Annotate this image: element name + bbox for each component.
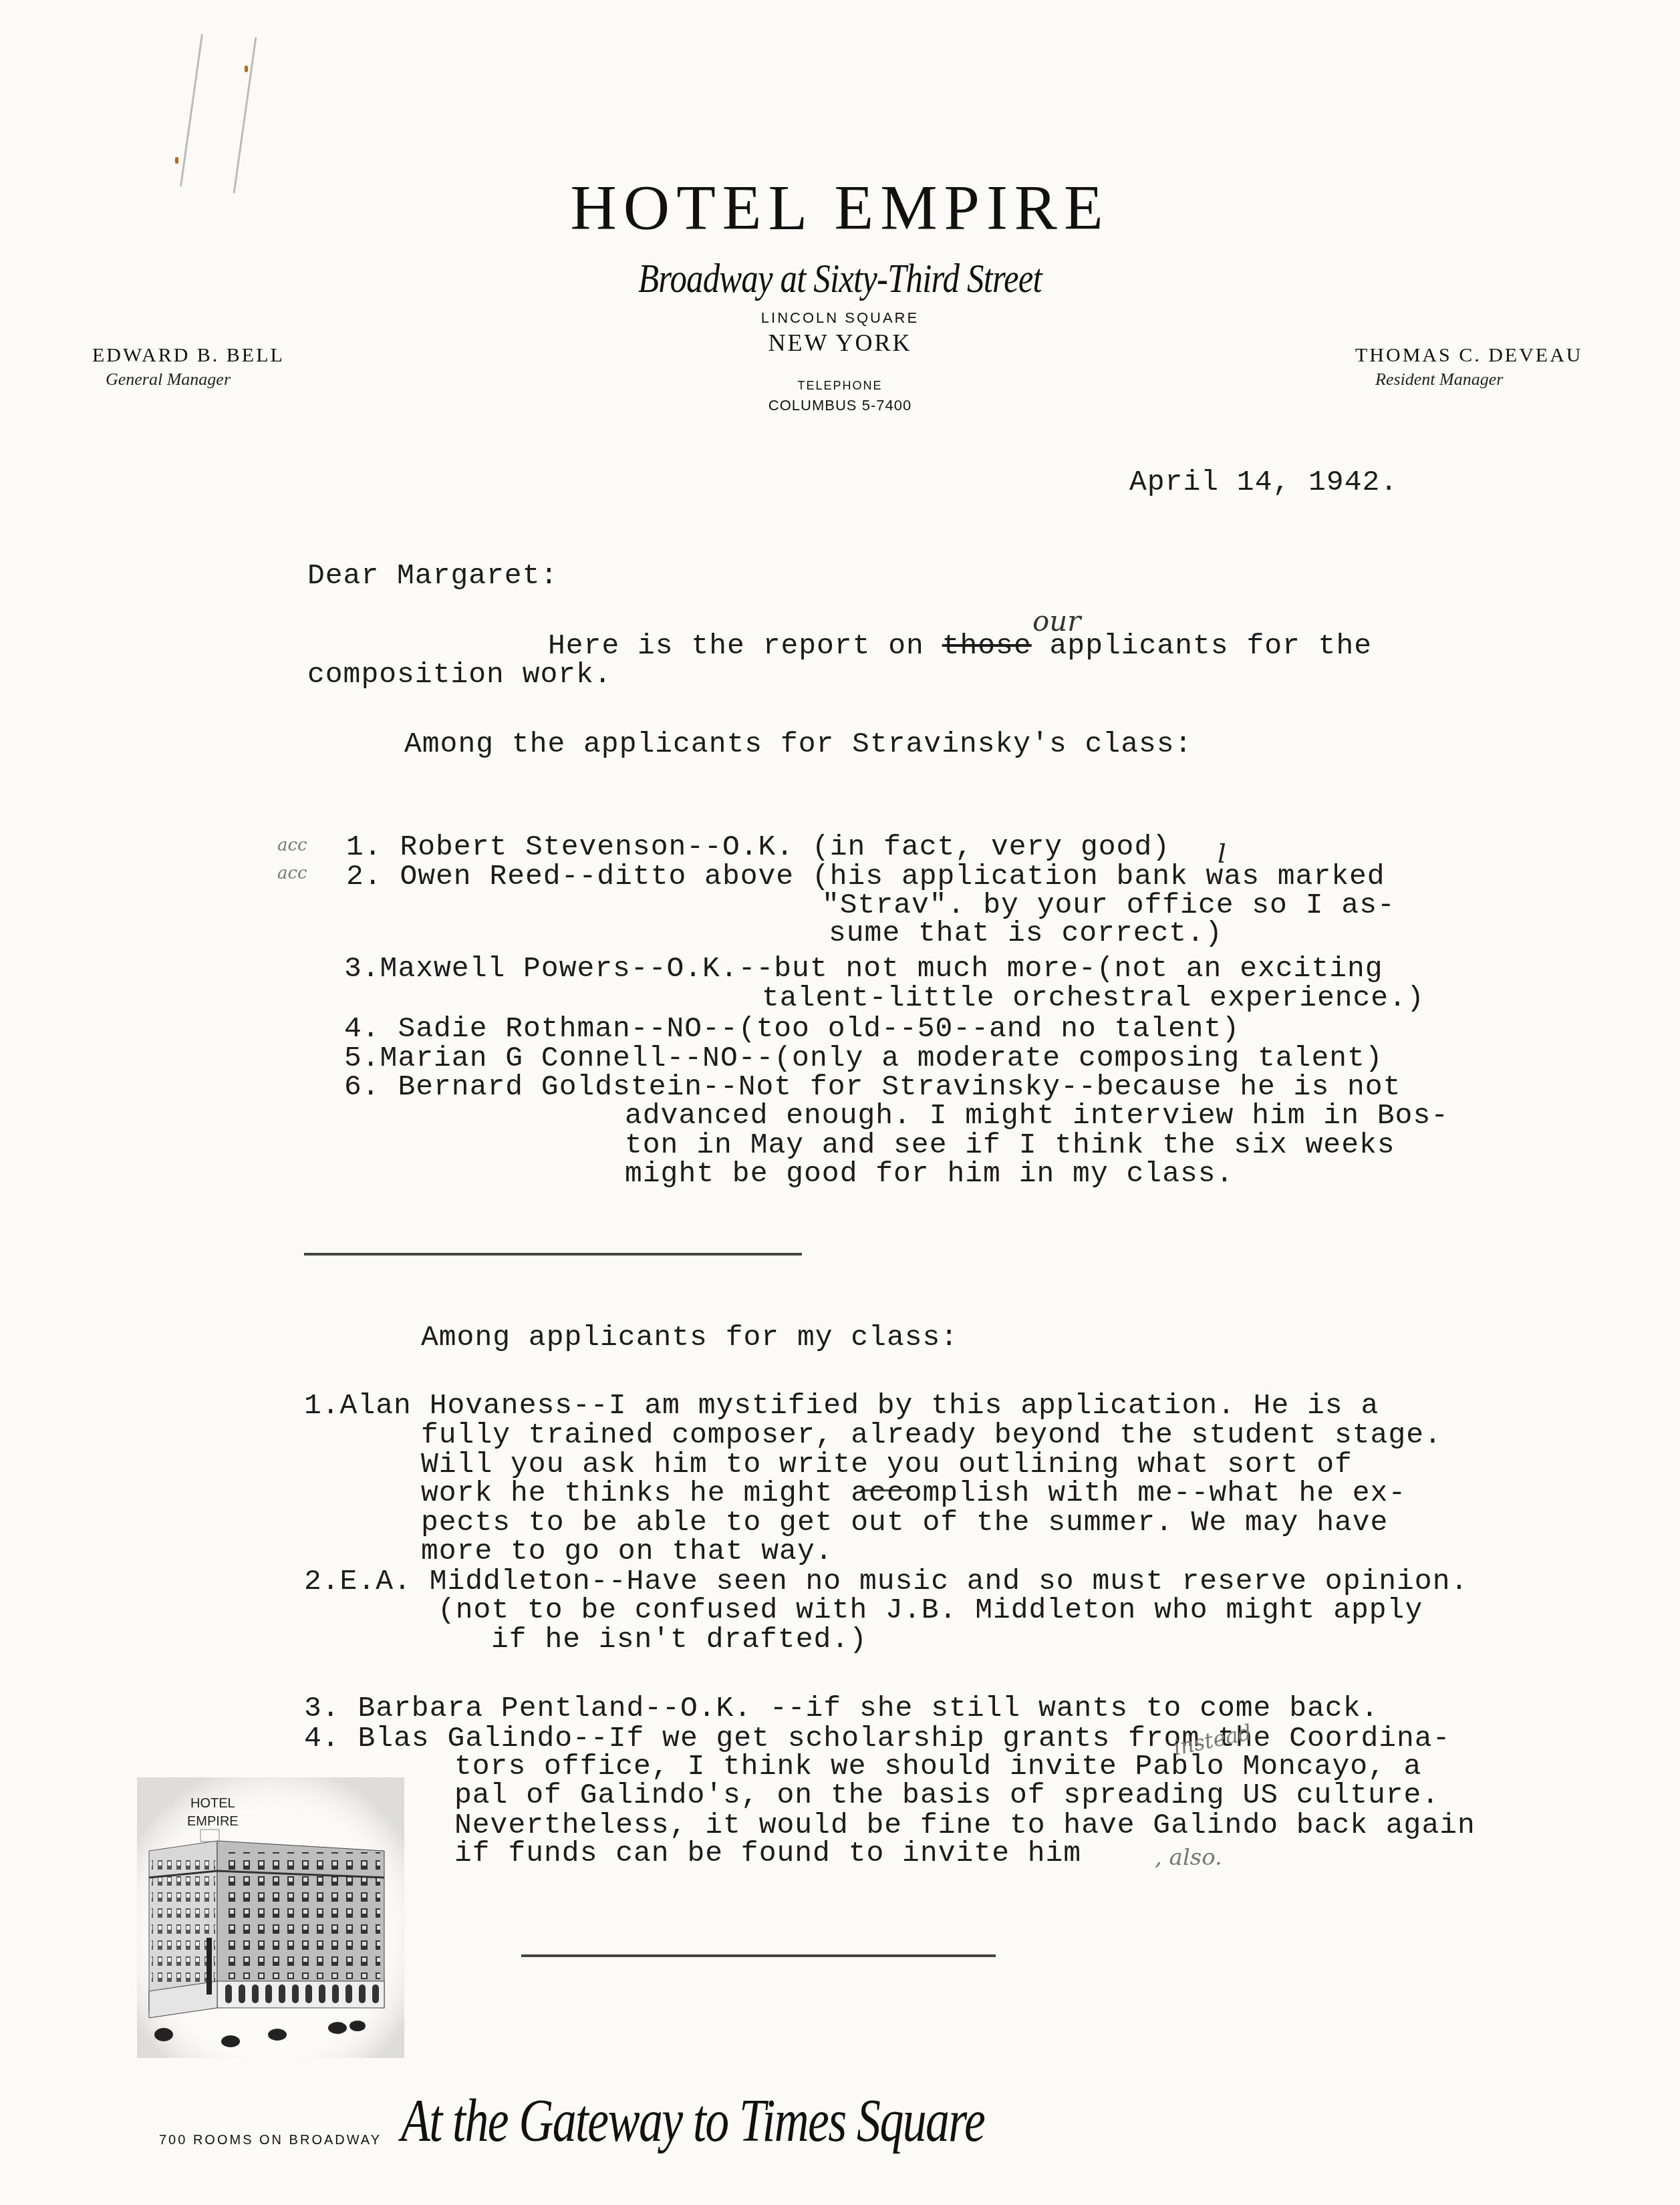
my-class-item-4-line-4: Nevertheless, it would be fine to have G…: [454, 1811, 1476, 1840]
sign-empire: EMPIRE: [187, 1814, 239, 1829]
footer-tagline: At the Gateway to Times Square: [401, 2085, 984, 2156]
hotel-name: HOTEL EMPIRE: [0, 170, 1680, 245]
my-class-item-4-line-1: 4. Blas Galindo--If we get scholarship g…: [304, 1724, 1450, 1753]
my-class-item-2-line-3: if he isn't drafted.): [491, 1625, 867, 1654]
hotel-building-illustration: HOTEL EMPIRE: [137, 1777, 404, 2058]
stravinsky-item-2-line-1: 2. Owen Reed--ditto above (his applicati…: [346, 862, 1385, 891]
stravinsky-item-2-line-3: sume that is correct.): [829, 919, 1223, 947]
stravinsky-item-3-line-2: talent-little orchestral experience.): [762, 984, 1425, 1012]
stravinsky-item-4: 4. Sadie Rothman--NO--(too old--50--and …: [344, 1014, 1240, 1043]
stravinsky-item-3-line-1: 3.Maxwell Powers--O.K.--but not much mor…: [344, 954, 1383, 983]
margin-note-acc: acc: [277, 835, 307, 855]
pencil-mark: [180, 34, 203, 186]
letter-date: April 14, 1942.: [1129, 468, 1398, 496]
stain: [175, 157, 178, 164]
resident-manager-name: THOMAS C. DEVEAU: [1355, 344, 1583, 367]
stravinsky-item-6-line-3: ton in May and see if I think the six we…: [625, 1131, 1395, 1159]
my-class-item-1-line-6: more to go on that way.: [421, 1537, 833, 1566]
sign-hotel: HOTEL: [190, 1796, 235, 1811]
telephone-number: COLUMBUS 5-7400: [0, 397, 1680, 414]
intro-text: Here is the report on: [548, 629, 942, 662]
handwritten-suffix-also: , also.: [1155, 1844, 1222, 1871]
stain: [245, 65, 248, 72]
rooms-caption: 700 ROOMS ON BROADWAY: [159, 2133, 382, 2148]
my-class-item-1-line-1: 1.Alan Hovaness--I am mystified by this …: [304, 1391, 1379, 1420]
salutation: Dear Margaret:: [307, 561, 558, 590]
my-class-item-3: 3. Barbara Pentland--O.K. --if she still…: [304, 1694, 1379, 1723]
item-text: Will you ask him to write you outlining …: [421, 1448, 1353, 1481]
my-class-item-1-line-4: work he thinks he might accomplish with …: [421, 1479, 1406, 1507]
my-class-item-2-line-2: (not to be confused with J.B. Middleton …: [438, 1596, 1423, 1624]
divider-rule: [304, 1253, 802, 1256]
intro-line-1: Here is the report on those applicants f…: [548, 631, 1372, 660]
letter-page: HOTEL EMPIRE Broadway at Sixty-Third Str…: [0, 0, 1680, 2205]
intro-line-2: composition work.: [307, 660, 612, 689]
handwritten-insert-our: our: [1032, 605, 1081, 637]
my-class-item-4-line-2: tors office, I think we should invite Pa…: [454, 1752, 1421, 1781]
section-2-heading: Among applicants for my class:: [421, 1323, 958, 1352]
margin-note-acc: acc: [277, 863, 307, 883]
stravinsky-item-6-line-1: 6. Bernard Goldstein--Not for Stravinsky…: [344, 1072, 1401, 1101]
my-class-item-1-line-2: fully trained composer, already beyond t…: [421, 1421, 1442, 1449]
general-manager-title: General Manager: [106, 370, 231, 390]
my-class-item-4-line-5: if funds can be found to invite him: [454, 1839, 1081, 1868]
stravinsky-item-2-line-2: "Strav". by your office so I as-: [822, 891, 1395, 919]
stravinsky-item-5: 5.Marian G Connell--NO--(only a moderate…: [344, 1044, 1383, 1072]
section-1-heading: Among the applicants for Stravinsky's cl…: [404, 730, 1192, 758]
my-class-item-1-line-5: pects to be able to get out of the summe…: [421, 1508, 1388, 1537]
stravinsky-item-6-line-4: might be good for him in my class.: [625, 1159, 1234, 1188]
closing-rule: [521, 1954, 996, 1957]
stravinsky-item-6-line-2: advanced enough. I might interview him i…: [625, 1101, 1449, 1130]
my-class-item-1-line-3: Will you ask him to write you outlining …: [421, 1450, 1353, 1479]
handwritten-correction-l: l: [1218, 839, 1226, 869]
my-class-item-2-line-1: 2.E.A. Middleton--Have seen no music and…: [304, 1567, 1468, 1596]
hotel-street: Broadway at Sixty-Third Street: [151, 255, 1528, 303]
struck-word: those: [942, 629, 1032, 662]
general-manager-name: EDWARD B. BELL: [92, 344, 285, 367]
resident-manager-title: Resident Manager: [1375, 370, 1503, 390]
my-class-item-4-line-3: pal of Galindo's, on the basis of spread…: [454, 1781, 1439, 1809]
intro-text: applicants for the: [1032, 629, 1372, 662]
hotel-area: LINCOLN SQUARE: [0, 309, 1680, 327]
stravinsky-item-1: 1. Robert Stevenson--O.K. (in fact, very…: [346, 833, 1170, 861]
